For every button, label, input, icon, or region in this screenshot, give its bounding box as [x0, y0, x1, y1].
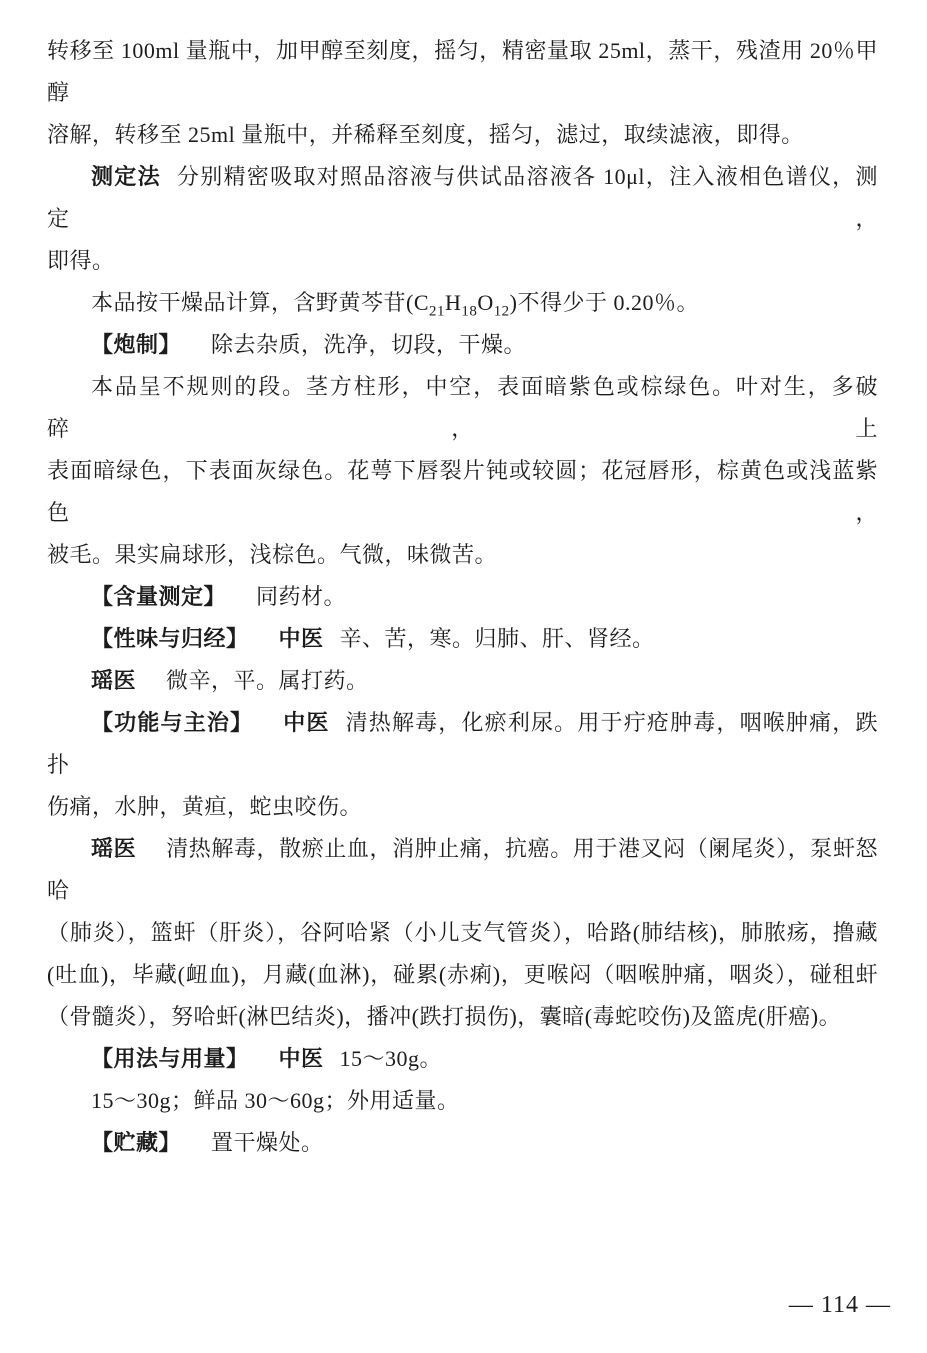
section-label-zhucang: 【贮藏】 [91, 1130, 181, 1155]
body-text: 微辛，平。属打药。 [166, 668, 369, 693]
gongneng-line: 【功能与主治】中医清热解毒，化瘀利尿。用于疔疮肿毒，咽喉肿痛，跌扑 [47, 702, 878, 786]
gongneng-line: 伤痛，水肿，黄疸，蛇虫咬伤。 [47, 786, 878, 828]
description-line: 被毛。果实扁球形，浅棕色。气微，味微苦。 [47, 534, 878, 576]
formula-subscript: 18 [461, 303, 477, 319]
xingwei-line: 【性味与归经】中医辛、苦，寒。归肺、肝、肾经。 [47, 618, 878, 660]
subsection-label-zhongyi: 中医 [283, 710, 329, 735]
yongfa-yao-line: 15～30g；鲜品 30～60g；外用适量。 [47, 1080, 878, 1122]
hanliang-line: 【含量测定】同药材。 [47, 576, 878, 618]
body-text: 同药材。 [256, 584, 346, 609]
formula-element: O [477, 290, 493, 315]
body-text: 置干燥处。 [211, 1130, 324, 1155]
body-text-line: 溶解，转移至 25ml 量瓶中，并稀释至刻度，摇匀，滤过，取续滤液，即得。 [47, 114, 878, 156]
section-label-hanliang: 【含量测定】 [91, 584, 226, 609]
paozhi-line: 【炮制】除去杂质，洗净，切段，干燥。 [47, 324, 878, 366]
assay-method-line: 测定法分别精密吸取对照品溶液与供试品溶液各 10μl，注入液相色谱仪，测定， [47, 156, 878, 240]
section-label-xingwei: 【性味与归经】 [91, 626, 249, 651]
assay-limit-line: 本品按干燥品计算，含野黄芩苷(C21H18O12)不得少于 0.20％。 [47, 282, 878, 324]
body-text: 分别精密吸取对照品溶液与供试品溶液各 10μl，注入液相色谱仪，测定， [47, 164, 878, 231]
page-number: — 114 — [789, 1292, 891, 1319]
zhucang-line: 【贮藏】置干燥处。 [47, 1122, 878, 1164]
body-text: 清热解毒，散瘀止血，消肿止痛，抗癌。用于港叉闷（阑尾炎），泵虷怒哈 [47, 836, 878, 903]
subsection-label-yaoyi: 瑶医 [91, 836, 136, 861]
page-body-text: 转移至 100ml 量瓶中，加甲醇至刻度，摇匀，精密量取 25ml，蒸干，残渣用… [47, 30, 878, 1164]
body-text: 辛、苦，寒。归肺、肝、肾经。 [340, 626, 655, 651]
description-line: 表面暗绿色，下表面灰绿色。花萼下唇裂片钝或较圆；花冠唇形，棕黄色或浅蓝紫色， [47, 450, 878, 534]
body-text: 本品按干燥品计算，含野黄芩苷(C [91, 290, 429, 315]
section-label-yongfa: 【用法与用量】 [91, 1046, 249, 1071]
body-text: )不得少于 0.20％。 [510, 290, 699, 315]
section-label-paozhi: 【炮制】 [91, 332, 181, 357]
gongneng-yao-line: （肺炎），篮虷（肝炎），谷阿哈紧（小儿支气管炎），哈路(肺结核)，肺脓疡，撸藏 [47, 912, 878, 954]
document-page: 转移至 100ml 量瓶中，加甲醇至刻度，摇匀，精密量取 25ml，蒸干，残渣用… [0, 0, 927, 1353]
subsection-label-zhongyi: 中医 [279, 1046, 324, 1071]
gongneng-yao-line: （骨髓炎），努哈虷(淋巴结炎)，播冲(跌打损伤)，囊暗(毒蛇咬伤)及篮虎(肝癌)… [47, 996, 878, 1038]
assay-method-label: 测定法 [91, 164, 161, 189]
body-text-line: 转移至 100ml 量瓶中，加甲醇至刻度，摇匀，精密量取 25ml，蒸干，残渣用… [47, 30, 878, 114]
subsection-label-zhongyi: 中医 [279, 626, 324, 651]
formula-element: H [445, 290, 461, 315]
body-text: 除去杂质，洗净，切段，干燥。 [211, 332, 526, 357]
assay-method-line: 即得。 [47, 240, 878, 282]
subsection-label-yaoyi: 瑶医 [91, 668, 136, 693]
formula-subscript: 12 [494, 303, 510, 319]
gongneng-yao-line: (吐血)，毕藏(衄血)，月藏(血淋)，碰累(赤痢)，更喉闷（咽喉肿痛，咽炎），碰… [47, 954, 878, 996]
description-line: 本品呈不规则的段。茎方柱形，中空，表面暗紫色或棕绿色。叶对生，多破碎，上 [47, 366, 878, 450]
body-text: 15～30g。 [340, 1046, 443, 1071]
yongfa-line: 【用法与用量】中医15～30g。 [47, 1038, 878, 1080]
section-label-gongneng: 【功能与主治】 [91, 710, 253, 735]
gongneng-yao-line: 瑶医清热解毒，散瘀止血，消肿止痛，抗癌。用于港叉闷（阑尾炎），泵虷怒哈 [47, 828, 878, 912]
formula-subscript: 21 [429, 303, 445, 319]
xingwei-yao-line: 瑶医微辛，平。属打药。 [47, 660, 878, 702]
